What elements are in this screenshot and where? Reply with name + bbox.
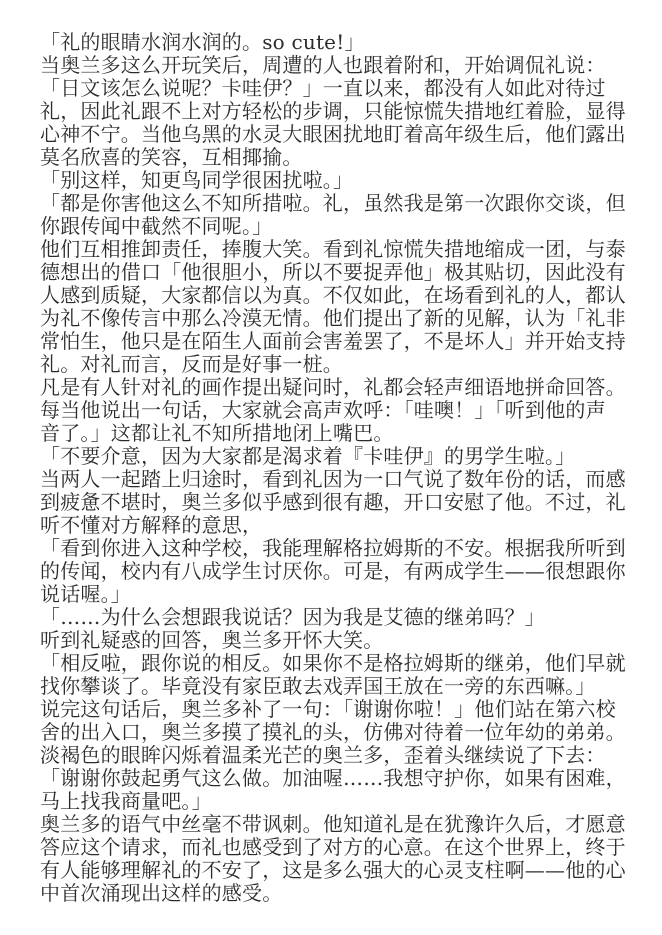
text-line: 听不懂对方解释的意思， [40,514,634,537]
text-line: 有人能够理解礼的不安了，这是多么强大的心灵支柱啊——他的心 [40,859,634,882]
text-line: 人感到质疑，大家都信以为真。不仅如此，在场看到礼的人，都认 [40,284,634,307]
text-line: 「相反啦，跟你说的相反。如果你不是格拉姆斯的继弟，他们早就 [40,652,634,675]
text-line: 每当他说出一句话，大家就会高声欢呼：「哇噢！」「听到他的声 [40,399,634,422]
text-line: 马上找我商量吧。」 [40,790,634,813]
text-line: 「日文该怎么说呢？卡哇伊？」一直以来，都没有人如此对待过 [40,77,634,100]
text-line: 听到礼疑惑的回答，奥兰多开怀大笑。 [40,629,634,652]
text-line: 常怕生，他只是在陌生人面前会害羞罢了，不是坏人」并开始支持 [40,330,634,353]
text-line: 他们互相推卸责任，捧腹大笑。看到礼惊慌失措地缩成一团，与泰 [40,238,634,261]
text-line: 舍的出入口，奥兰多摸了摸礼的头，仿佛对待着一位年幼的弟弟。 [40,721,634,744]
text-line: 说完这句话后，奥兰多补了一句：「谢谢你啦！」他们站在第六校 [40,698,634,721]
text-line: 礼，因此礼跟不上对方轻松的步调，只能惊慌失措地红着脸，显得 [40,100,634,123]
text-line: 音了。」这都让礼不知所措地闭上嘴巴。 [40,422,634,445]
text-line: 「谢谢你鼓起勇气这么做。加油喔……我想守护你，如果有困难， [40,767,634,790]
text-line: 当奥兰多这么开玩笑后，周遭的人也跟着附和，开始调侃礼说： [40,54,634,77]
text-line: 「看到你进入这种学校，我能理解格拉姆斯的不安。根据我所听到 [40,537,634,560]
text-line: 心神不宁。当他乌黑的水灵大眼困扰地盯着高年级生后，他们露出 [40,123,634,146]
text-line: 为礼不像传言中那么冷漠无情。他们提出了新的见解，认为「礼非 [40,307,634,330]
text-line: 你跟传闻中截然不同呢。」 [40,215,634,238]
text-line: 的传闻，校内有八成学生讨厌你。可是，有两成学生——很想跟你 [40,560,634,583]
text-line: 凡是有人针对礼的画作提出疑问时，礼都会轻声细语地拼命回答。 [40,376,634,399]
text-line: 找你攀谈了。毕竟没有家臣敢去戏弄国王放在一旁的东西嘛。」 [40,675,634,698]
text-line: 「礼的眼睛水润水润的。so cute!」 [40,31,634,54]
text-line: 淡褐色的眼眸闪烁着温柔光芒的奥兰多，歪着头继续说了下去： [40,744,634,767]
text-line: 当两人一起踏上归途时，看到礼因为一口气说了数年份的话，而感 [40,468,634,491]
page-text: 「礼的眼睛水润水润的。so cute!」当奥兰多这么开玩笑后，周遭的人也跟着附和… [40,31,634,905]
text-line: 「都是你害他这么不知所措啦。礼，虽然我是第一次跟你交谈，但 [40,192,634,215]
text-line: 礼。对礼而言，反而是好事一桩。 [40,353,634,376]
text-line: 到疲惫不堪时，奥兰多似乎感到很有趣，开口安慰了他。不过，礼 [40,491,634,514]
text-line: 奥兰多的语气中丝毫不带讽刺。他知道礼是在犹豫许久后，才愿意 [40,813,634,836]
text-line: 说话喔。」 [40,583,634,606]
text-line: 「不要介意，因为大家都是渴求着『卡哇伊』的男学生啦。」 [40,445,634,468]
text-line: 「……为什么会想跟我说话？因为我是艾德的继弟吗？」 [40,606,634,629]
text-line: 答应这个请求，而礼也感受到了对方的心意。在这个世界上，终于 [40,836,634,859]
text-line: 「别这样，知更鸟同学很困扰啦。」 [40,169,634,192]
text-line: 中首次涌现出这样的感受。 [40,882,634,905]
text-line: 德想出的借口「他很胆小，所以不要捉弄他」极其贴切，因此没有 [40,261,634,284]
document-page: 「礼的眼睛水润水润的。so cute!」当奥兰多这么开玩笑后，周遭的人也跟着附和… [0,0,662,935]
text-line: 莫名欣喜的笑容，互相揶揄。 [40,146,634,169]
